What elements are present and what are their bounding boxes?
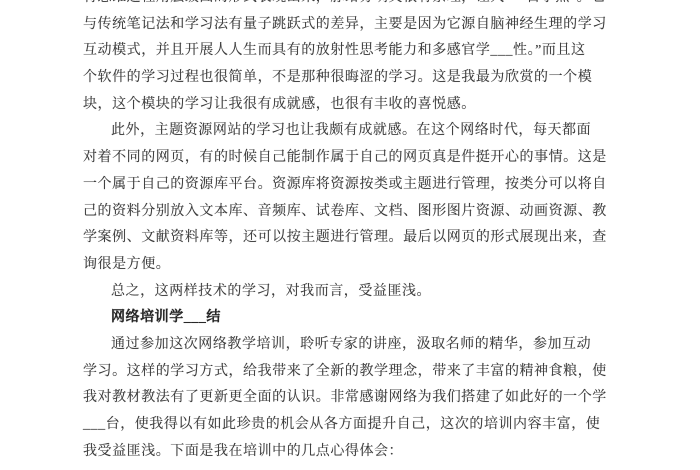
section-heading: 网络培训学___结	[83, 305, 611, 332]
text-line: 询很是方便。	[83, 252, 611, 279]
text-line: 我对教材教法有了更新更全面的认识。非常感谢网络为我们搭建了如此好的一个学	[83, 385, 611, 412]
text-line: 学习。这样的学习方式，给我带来了全新的教学理念，带来了丰富的精神食粮，使	[83, 359, 611, 386]
text-line: 块，这个模块的学习让我很有成就感，也很有丰收的喜悦感。	[83, 92, 611, 119]
text-line: 互动模式，并且开展人人生而具有的放射性思考能力和多感官学___性。”而且这	[83, 38, 611, 65]
text-block: 将思维过程用层级图的形式表现出来，脉络分明又很有条理，让人“一目了然”。它与传统…	[83, 0, 611, 465]
text-line: 将思维过程用层级图的形式表现出来，脉络分明又很有条理，让人“一目了然”。它	[83, 0, 611, 12]
text-line: 己的资料分别放入文本库、音频库、试卷库、文档、图形图片资源、动画资源、教	[83, 199, 611, 226]
text-line: 通过参加这次网络教学培训，聆听专家的讲座，汲取名师的精华，参加互动	[83, 332, 611, 359]
text-line: 学案例、文献资料库等，还可以按主题进行管理。最后以网页的形式展现出来，查	[83, 225, 611, 252]
text-line: 对着不同的网页，有的时候自己能制作属于自己的网页真是件挺开心的事情。这是	[83, 145, 611, 172]
text-line: 总之，这两样技术的学习，对我而言，受益匪浅。	[83, 279, 611, 306]
text-line: 与传统笔记法和学习法有量子跳跃式的差异，主要是因为它源自脑神经生理的学习	[83, 12, 611, 39]
document-page: 将思维过程用层级图的形式表现出来，脉络分明又很有条理，让人“一目了然”。它与传统…	[0, 0, 700, 470]
text-line: ___台，使我得以有如此珍贵的机会从各方面提升自己，这次的培训内容丰富，使	[83, 412, 611, 439]
text-line: 一个属于自己的资源库平台。资源库将资源按类或主题进行管理，按类分可以将自	[83, 172, 611, 199]
text-line: 我受益匪浅。下面是我在培训中的几点心得体会：	[83, 439, 611, 466]
text-line: 此外，主题资源网站的学习也让我颇有成就感。在这个网络时代，每天都面	[83, 118, 611, 145]
text-line: 个软件的学习过程也很简单，不是那种很晦涩的学习。这是我最为欣赏的一个模	[83, 65, 611, 92]
